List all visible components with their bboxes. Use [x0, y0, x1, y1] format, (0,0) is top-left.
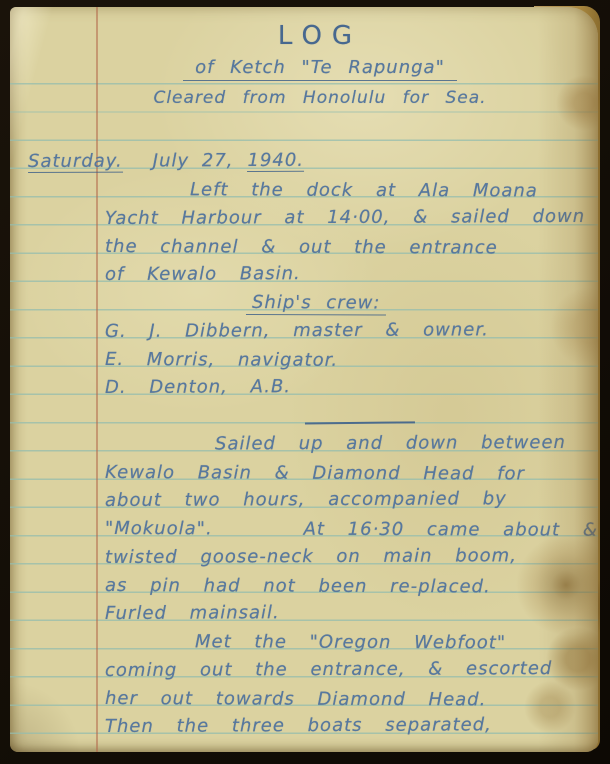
crew-heading-text: Ship's crew:: [246, 292, 387, 315]
date-heading: Saturday.July 27,1940.: [28, 146, 590, 177]
log-line: the channel & out the entrance: [105, 233, 590, 263]
vessel-subtitle-text: of Ketch "Te Rapunga": [183, 57, 457, 81]
log-line: Met the "Oregon Webfoot": [105, 628, 590, 658]
log-line: coming out the entrance, & escorted: [105, 654, 590, 684]
log-header: LOG of Ketch "Te Rapunga" Cleared from H…: [50, 19, 590, 111]
log-line: G. J. Dibbern, master & owner.: [105, 315, 590, 345]
log-line: Left the dock at Ala Moana: [105, 176, 590, 206]
date-day: Saturday.: [28, 151, 123, 173]
notebook-photo: LOG of Ketch "Te Rapunga" Cleared from H…: [0, 0, 610, 764]
date-month: July 27,: [153, 150, 234, 171]
log-line: her out towards Diamond Head.: [105, 685, 590, 715]
log-line: Then the three boats separated,: [105, 711, 590, 741]
crew-end-rule: [105, 402, 590, 432]
log-line: "Mokuola". At 16·30 came about &: [105, 515, 590, 545]
log-line: twisted goose-neck on main boom,: [105, 541, 590, 571]
log-line: Furled mainsail.: [105, 598, 590, 628]
crew-end-rule-line: [305, 422, 415, 425]
log-line: as pin had not been re-placed.: [105, 572, 590, 602]
date-year: 1940.: [247, 150, 304, 172]
log-line: of Kewalo Basin.: [105, 259, 590, 289]
vessel-subtitle: of Ketch "Te Rapunga": [50, 55, 590, 83]
clearance-subheading: Cleared from Honolulu for Sea.: [50, 83, 590, 111]
log-line: Sailed up and down between: [105, 428, 590, 458]
log-line: E. Morris, navigator.: [105, 346, 590, 376]
log-line: Yacht Harbour at 14·00, & sailed down: [105, 202, 590, 232]
crew-heading: Ship's crew:: [246, 289, 590, 318]
log-line: Kewalo Basin & Diamond Head for: [105, 459, 590, 489]
log-page: LOG of Ketch "Te Rapunga" Cleared from H…: [10, 7, 598, 752]
log-line: about two hours, accompanied by: [105, 485, 590, 515]
manuscript-body: Saturday.July 27,1940.Left the dock at A…: [20, 148, 590, 741]
log-line: D. Denton, A.B.: [105, 372, 590, 402]
log-title: LOG: [50, 19, 590, 55]
